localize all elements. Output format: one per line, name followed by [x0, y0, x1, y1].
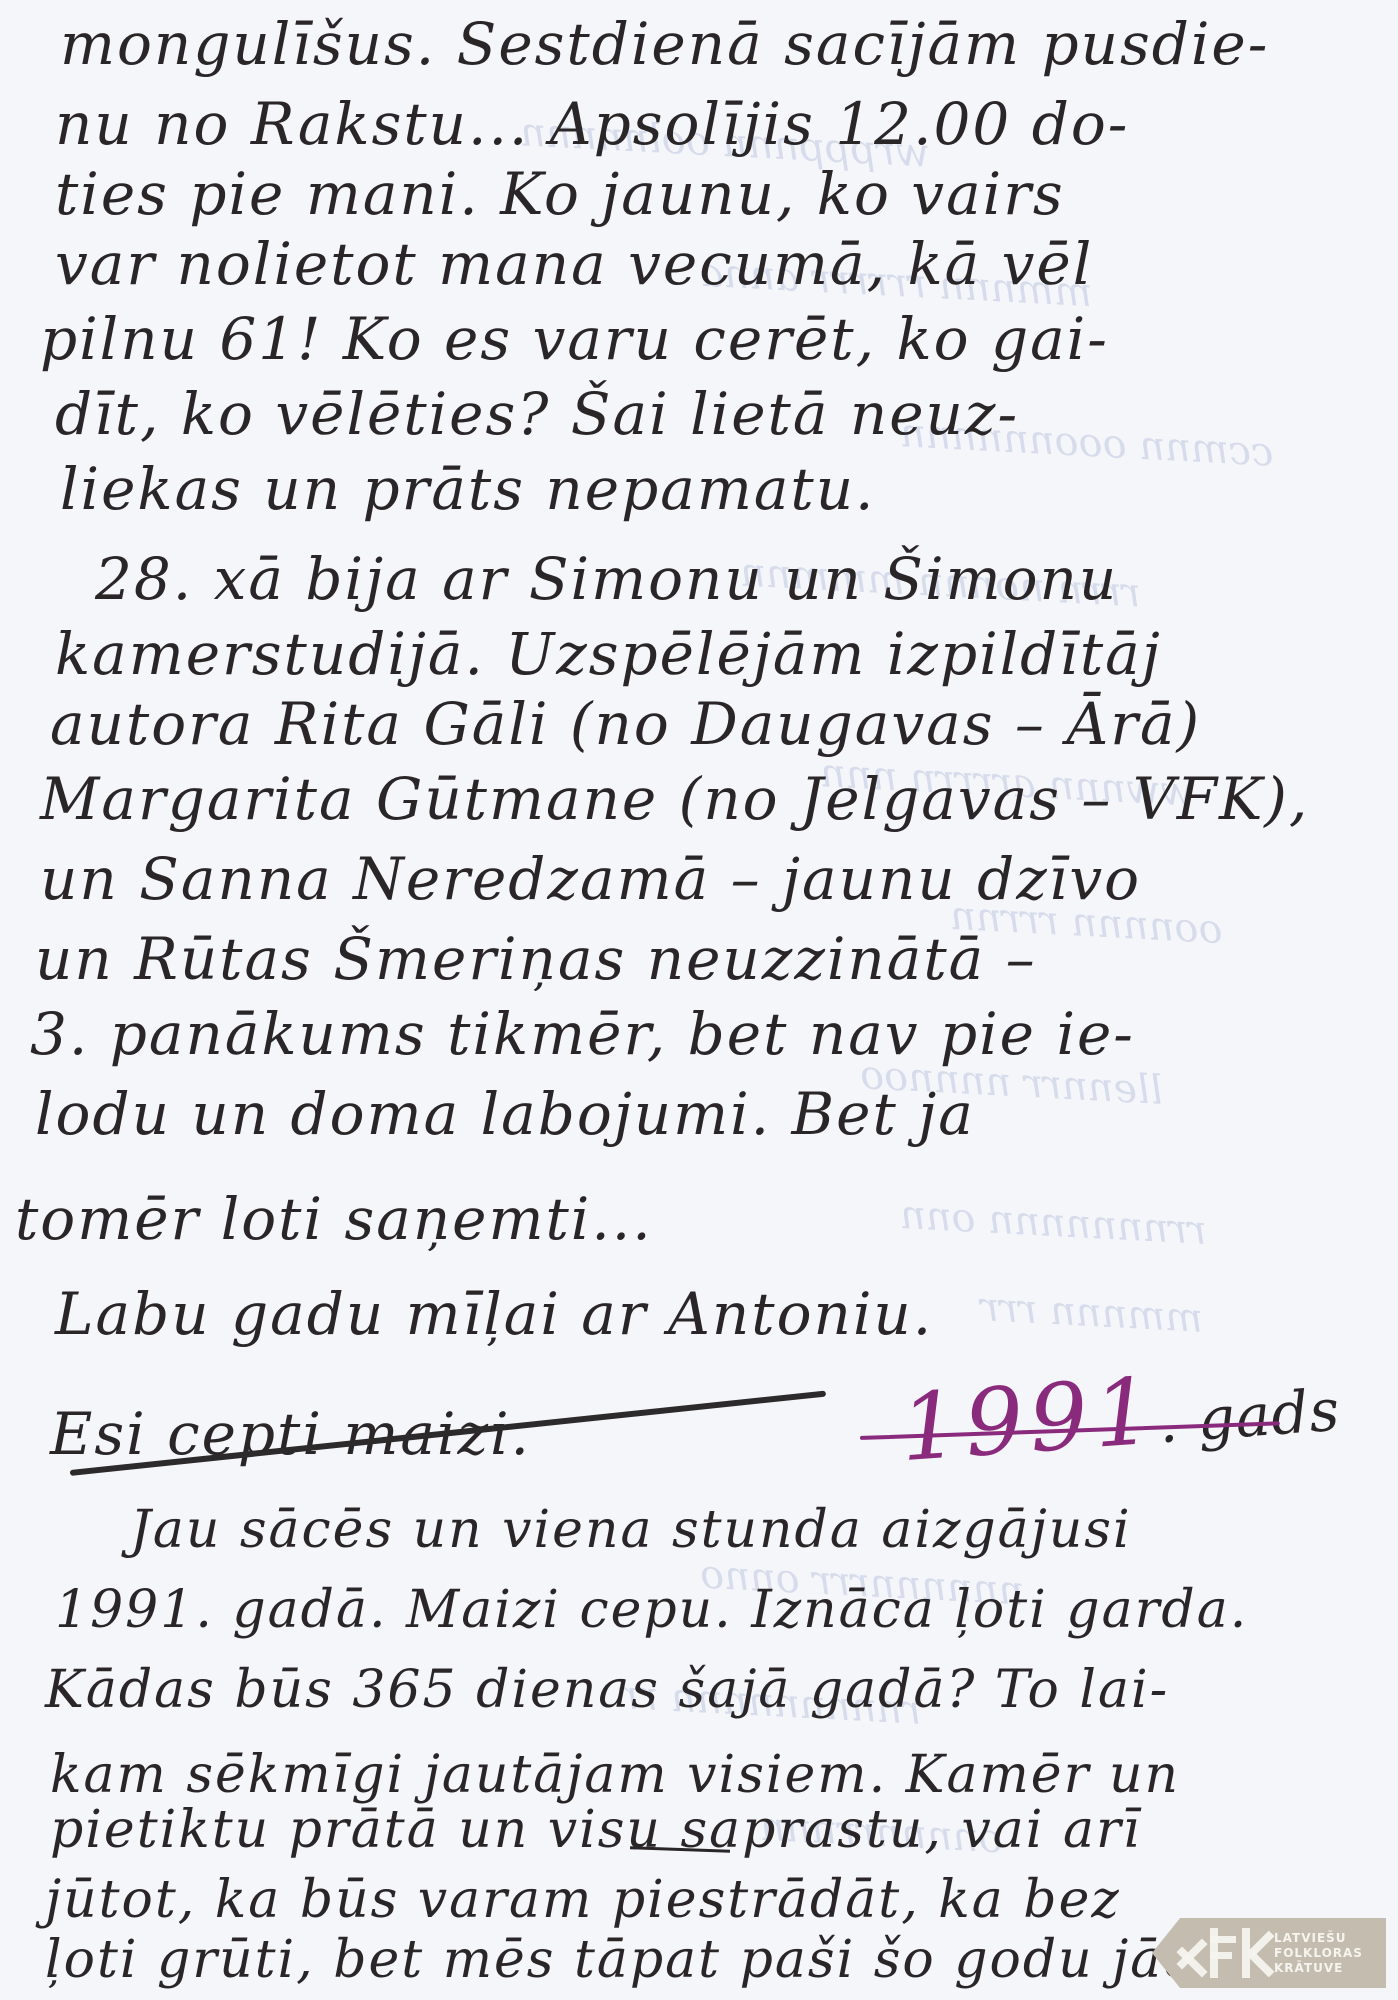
handwritten-line: kam sēkmīgi jautājam visiem. Kamēr un: [50, 1745, 1180, 1805]
handwritten-line: Labu gadu mīļai ar Antoniu.: [55, 1280, 933, 1348]
handwritten-line: Margarita Gūtmane (no Jelgavas – VFK),: [40, 765, 1309, 833]
handwritten-line: autora Rita Gāli (no Daugavas – Ārā): [50, 690, 1201, 758]
handwritten-line: var nolietot mana vecumā, kā vēl: [55, 230, 1093, 298]
handwritten-line: 3. panākums tikmēr, bet nav pie ie-: [30, 1000, 1135, 1068]
year-heading-suffix: . gads: [1156, 1376, 1342, 1456]
handwritten-line: Jau sācēs un viena stunda aizgājusi: [130, 1500, 1132, 1560]
handwritten-line: ļoti grūti, bet mēs tāpat paši šo godu j…: [45, 1930, 1301, 1990]
lfk-logo-text: LATVIEŠU FOLKLORAS KRĀTUVE: [1274, 1931, 1363, 1976]
handwritten-line: un Sanna Neredzamā – jaunu dzīvo: [40, 845, 1141, 913]
handwritten-line: lodu un doma labojumi. Bet ja: [35, 1080, 975, 1148]
handwritten-line: pilnu 61! Ko es varu cerēt, ko gai-: [40, 305, 1109, 373]
year-heading-number: 1991: [897, 1357, 1162, 1482]
handwritten-line: dīt, ko vēlēties? Šai lietā neuz-: [55, 380, 1019, 448]
scanned-letter-page: wrpppnnn oolnnnnn mmnnn rrrrrr anna ccmn…: [0, 0, 1398, 2000]
handwritten-line: jūtot, ka būs varam piestrādāt, ka bez: [45, 1870, 1121, 1930]
handwritten-line: 1991. gadā. Maizi cepu. Iznāca ļoti gard…: [55, 1580, 1248, 1640]
year-heading: 1991. gads: [897, 1345, 1343, 1482]
logo-line-2: FOLKLORAS: [1274, 1946, 1363, 1961]
handwritten-line: liekas un prāts nepamatu.: [60, 455, 876, 523]
handwritten-line: 28. xā bija ar Simonu un Šimonu: [95, 545, 1118, 613]
handwritten-line: tomēr loti saņemti...: [15, 1185, 653, 1253]
handwritten-line: pietiktu prātā un visu saprastu, vai arī: [50, 1800, 1141, 1860]
handwritten-line: nu no Rakstu... Apsolījis 12.00 do-: [55, 90, 1129, 158]
logo-line-1: LATVIEŠU: [1274, 1931, 1363, 1946]
lfk-logo-icon: [1166, 1918, 1276, 1988]
handwritten-line: un Rūtas Šmeriņas neuzzinātā –: [35, 925, 1037, 993]
logo-line-3: KRĀTUVE: [1274, 1961, 1363, 1976]
handwritten-line: Kādas būs 365 dienas šajā gadā? To lai-: [45, 1660, 1169, 1720]
archive-watermark-logo: LATVIEŠU FOLKLORAS KRĀTUVE: [1152, 1918, 1386, 1988]
handwritten-line: mongulīšus. Sestdienā sacījām pusdie-: [60, 10, 1269, 78]
handwritten-line: kamerstudijā. Uzspēlējām izpildītāj: [55, 620, 1162, 688]
handwritten-line: ties pie mani. Ko jaunu, ko vairs: [55, 160, 1065, 228]
